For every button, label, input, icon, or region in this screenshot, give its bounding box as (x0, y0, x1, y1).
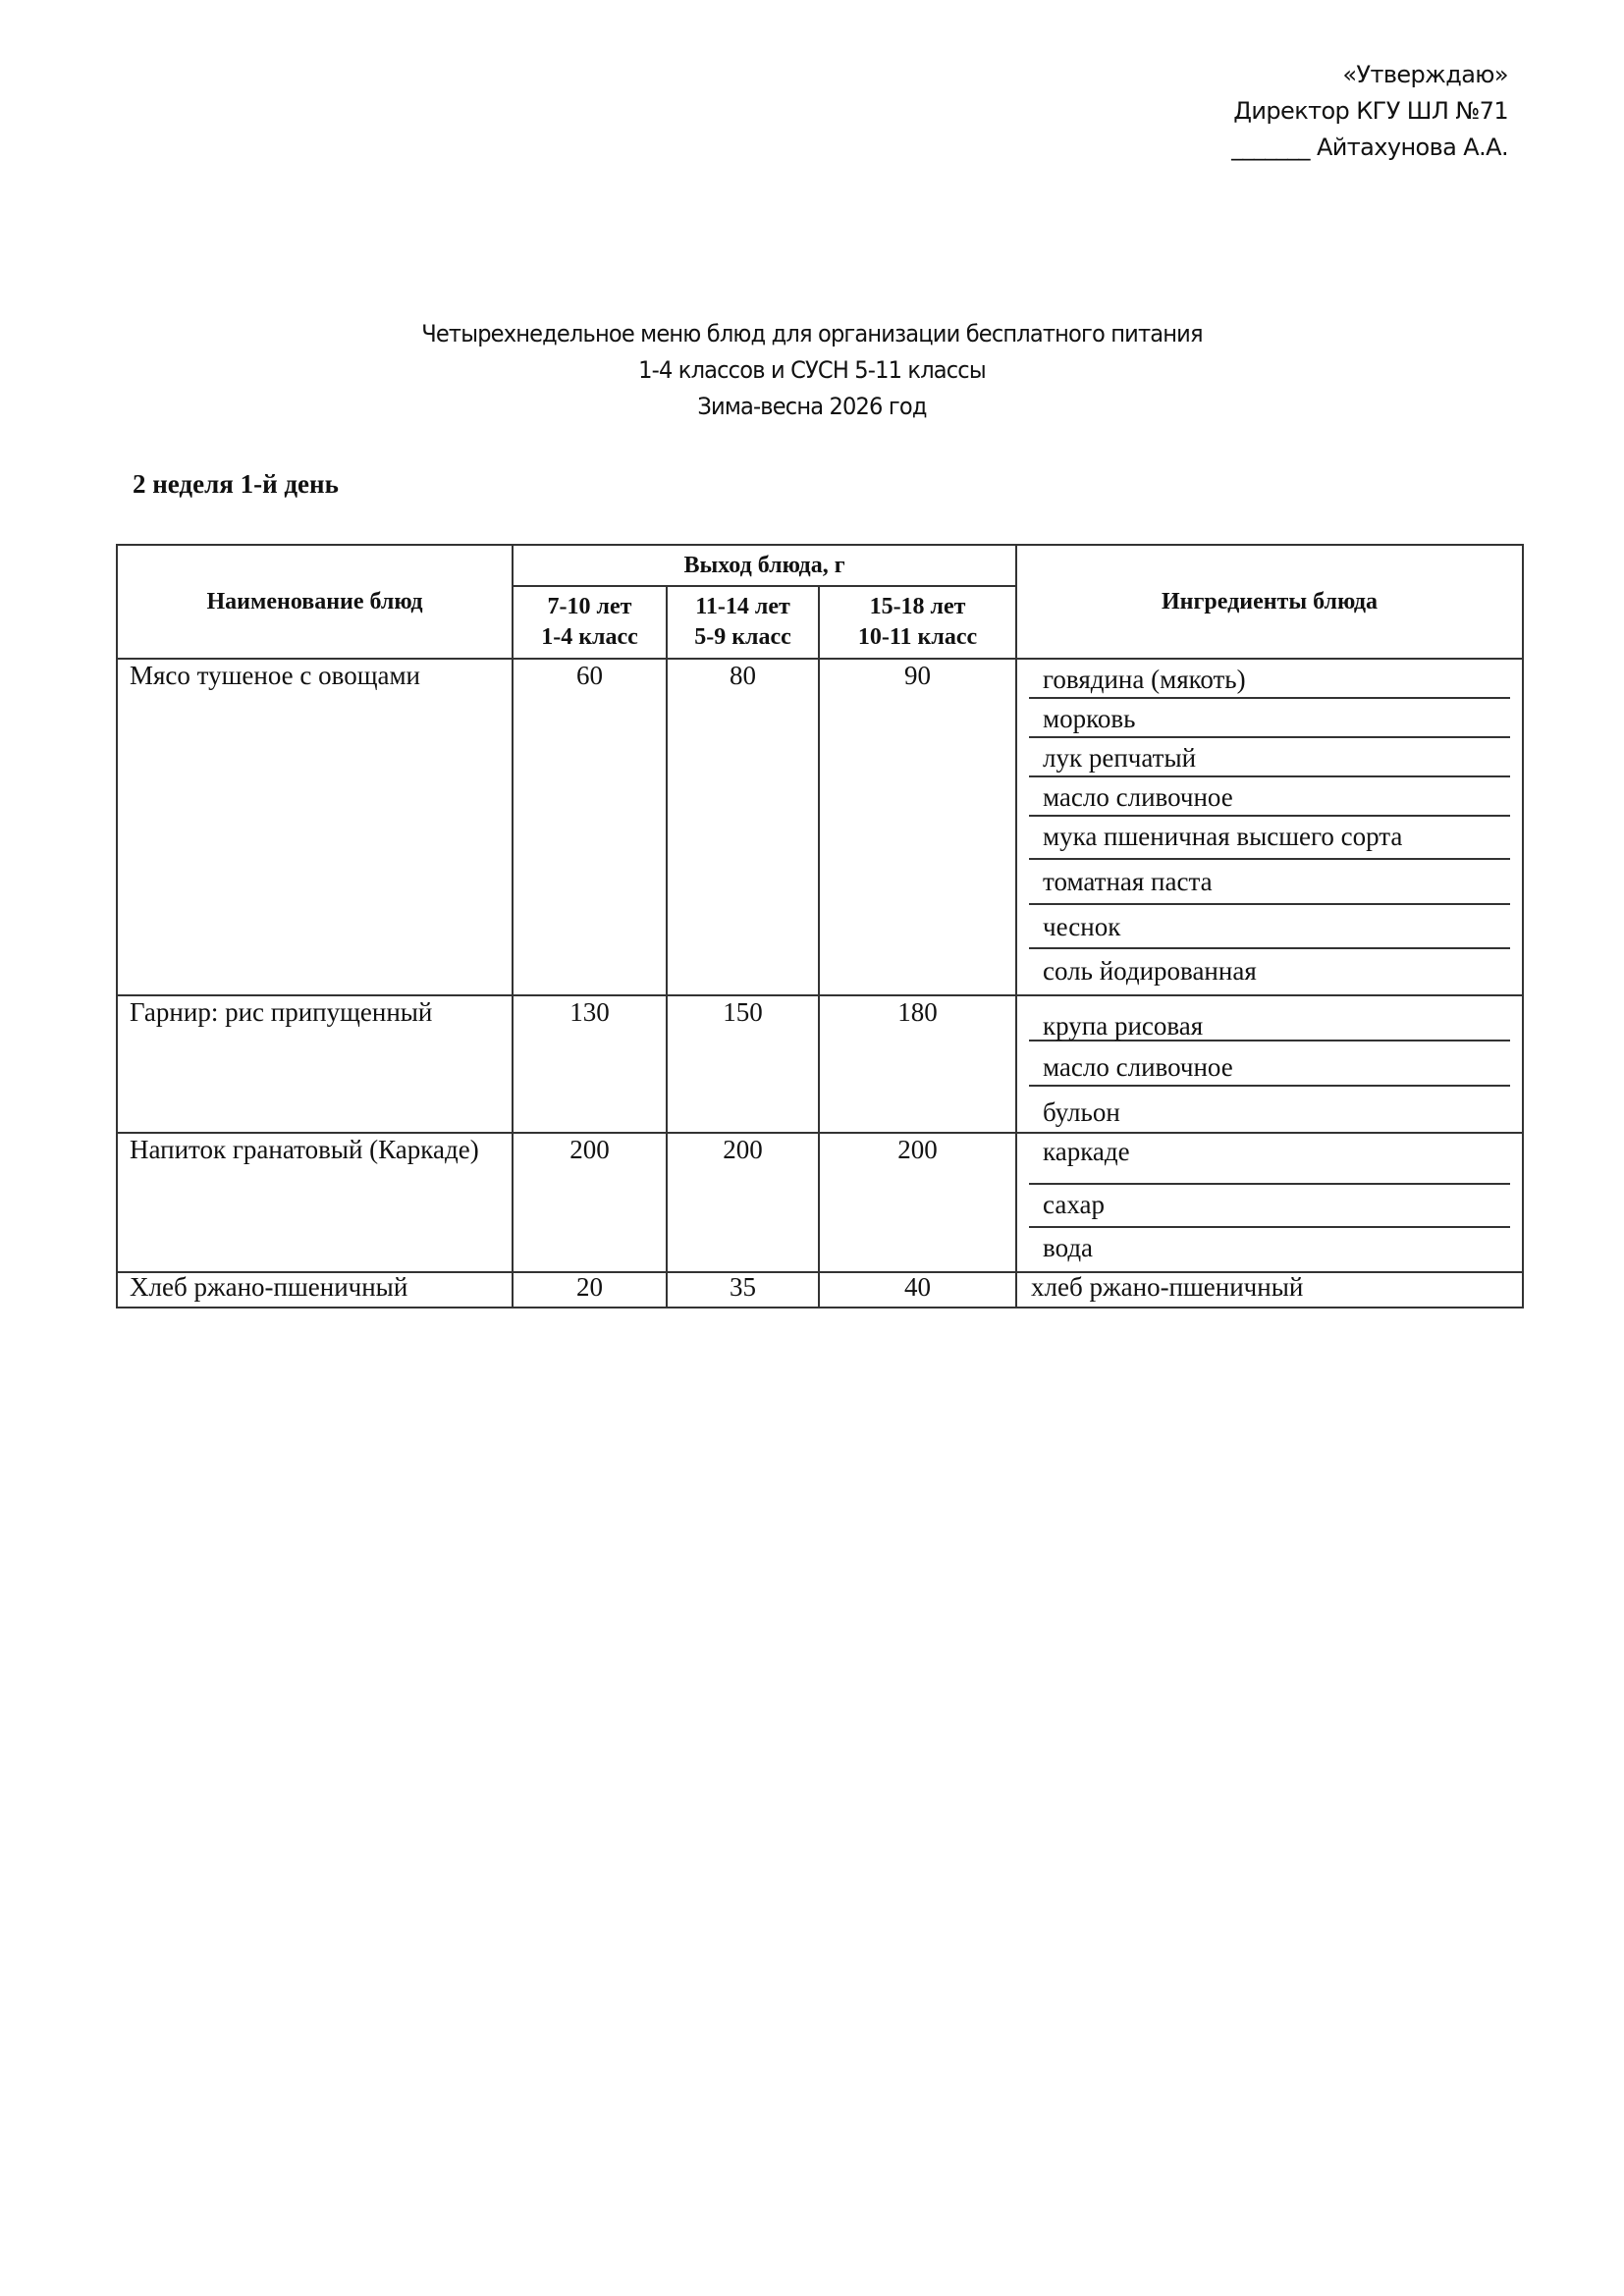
header-yield: Выход блюда, г (513, 545, 1016, 586)
age-range: 15-18 лет (832, 592, 1003, 622)
yield-value: 40 (819, 1272, 1016, 1308)
yield-value: 180 (819, 995, 1016, 1133)
ingredient: мука пшеничная высшего сорта (1029, 817, 1510, 860)
yield-value: 200 (819, 1133, 1016, 1272)
table-row: Мясо тушеное с овощами 60 80 90 говядина… (117, 659, 1523, 995)
ingredients-list: каркаде сахар вода (1016, 1133, 1523, 1272)
table-row: Гарнир: рис припущенный 130 150 180 круп… (117, 995, 1523, 1133)
dish-name: Мясо тушеное с овощами (117, 659, 513, 995)
menu-table: Наименование блюд Выход блюда, г Ингреди… (116, 544, 1524, 1308)
ingredient: говядина (мякоть) (1029, 660, 1510, 699)
grade-range: 1-4 класс (525, 622, 654, 653)
ingredient: хлеб ржано-пшеничный (1016, 1272, 1523, 1308)
ingredient: бульон (1029, 1087, 1510, 1132)
ingredients-list: говядина (мякоть) морковь лук репчатый м… (1016, 659, 1523, 995)
director-title: Директор КГУ ШЛ №71 (1231, 93, 1508, 130)
ingredients-list: крупа рисовая масло сливочное бульон (1016, 995, 1523, 1133)
title-line-1: Четырехнедельное меню блюд для организац… (49, 316, 1576, 352)
yield-value: 35 (667, 1272, 819, 1308)
table-row: Хлеб ржано-пшеничный 20 35 40 хлеб ржано… (117, 1272, 1523, 1308)
grade-range: 5-9 класс (679, 622, 806, 653)
document-title: Четырехнедельное меню блюд для организац… (49, 316, 1576, 425)
table-row: Напиток гранатовый (Каркаде) 200 200 200… (117, 1133, 1523, 1272)
yield-value: 150 (667, 995, 819, 1133)
title-line-3: Зима-весна 2026 год (49, 389, 1576, 425)
director-signature: _______ Айтахунова А.А. (1231, 130, 1508, 166)
header-ingredients: Ингредиенты блюда (1016, 545, 1523, 659)
yield-value: 90 (819, 659, 1016, 995)
ingredient: томатная паста (1029, 860, 1510, 905)
age-range: 11-14 лет (679, 592, 806, 622)
ingredient: морковь (1029, 699, 1510, 738)
header-age-group: 11-14 лет 5-9 класс (667, 586, 819, 659)
yield-value: 200 (513, 1133, 667, 1272)
ingredient: каркаде (1029, 1134, 1510, 1185)
ingredient: масло сливочное (1029, 1041, 1510, 1087)
ingredient: сахар (1029, 1185, 1510, 1228)
yield-value: 130 (513, 995, 667, 1133)
ingredient: лук репчатый (1029, 738, 1510, 777)
yield-value: 80 (667, 659, 819, 995)
header-dish-name: Наименование блюд (117, 545, 513, 659)
yield-value: 60 (513, 659, 667, 995)
title-line-2: 1-4 классов и СУСН 5-11 классы (49, 352, 1576, 389)
ingredient: масло сливочное (1029, 777, 1510, 817)
age-range: 7-10 лет (525, 592, 654, 622)
ingredient: крупа рисовая (1029, 996, 1510, 1041)
header-age-group: 15-18 лет 10-11 класс (819, 586, 1016, 659)
day-heading: 2 неделя 1-й день (133, 469, 339, 500)
approval-line: «Утверждаю» (1231, 57, 1508, 93)
yield-value: 200 (667, 1133, 819, 1272)
dish-name: Хлеб ржано-пшеничный (117, 1272, 513, 1308)
yield-value: 20 (513, 1272, 667, 1308)
ingredient: вода (1029, 1228, 1510, 1271)
ingredient: чеснок (1029, 905, 1510, 949)
grade-range: 10-11 класс (832, 622, 1003, 653)
approval-block: «Утверждаю» Директор КГУ ШЛ №71 _______ … (1231, 57, 1508, 166)
header-age-group: 7-10 лет 1-4 класс (513, 586, 667, 659)
ingredient: соль йодированная (1029, 949, 1510, 994)
dish-name: Напиток гранатовый (Каркаде) (117, 1133, 513, 1272)
dish-name: Гарнир: рис припущенный (117, 995, 513, 1133)
